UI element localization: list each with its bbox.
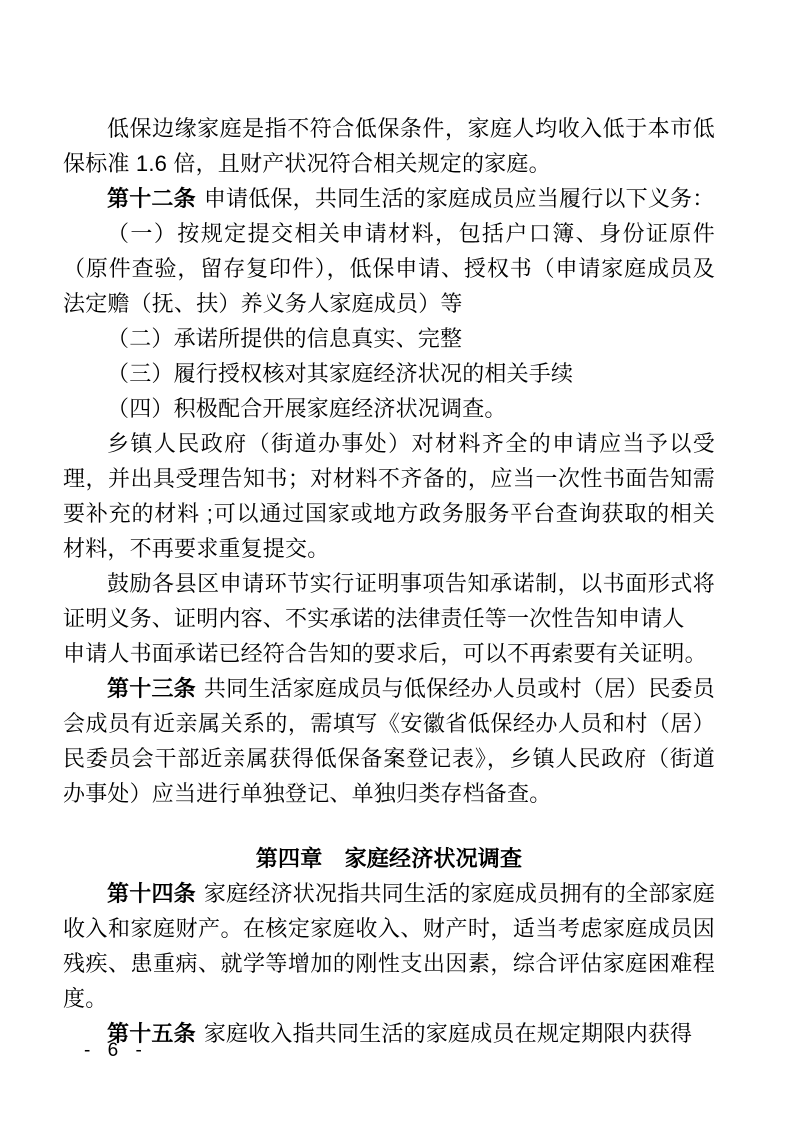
paragraph: 第十五条家庭收入指共同生活的家庭成员在规定期限内获得	[63, 1016, 715, 1051]
paragraph: （三）履行授权核对其家庭经济状况的相关手续	[63, 356, 715, 391]
document-page: 低保边缘家庭是指不符合低保条件，家庭人均收入低于本市低保标准 1.6 倍，且财产…	[0, 0, 793, 1122]
paragraph: 第十三条共同生活家庭成员与低保经办人员或村（居）民委员会成员有近亲属关系的，需填…	[63, 671, 715, 811]
paragraph-text: 申请人书面承诺已经符合告知的要求后，可以不再索要有关证明。	[63, 641, 707, 666]
paragraph-text: 第四章 家庭经济状况调查	[256, 846, 522, 871]
chapter-heading: 第四章 家庭经济状况调查	[63, 841, 715, 876]
paragraph-text: （一）按规定提交相关申请材料，包括户口簿、身份证原件（原件查验，留存复印件），低…	[63, 221, 715, 316]
paragraph-text: （三）履行授权核对其家庭经济状况的相关手续	[107, 361, 573, 386]
paragraph: （二）承诺所提供的信息真实、完整	[63, 321, 715, 356]
document-content: 低保边缘家庭是指不符合低保条件，家庭人均收入低于本市低保标准 1.6 倍，且财产…	[63, 111, 715, 1051]
page-number: - 6 -	[84, 1040, 148, 1062]
paragraph-text: 低保边缘家庭是指不符合低保条件，家庭人均收入低于本市低保标准 1.6 倍，且财产…	[63, 116, 715, 176]
article-term: 第十三条	[107, 676, 204, 701]
article-term: 第十四条	[107, 881, 204, 906]
paragraph-text: （四）积极配合开展家庭经济状况调查。	[107, 396, 507, 421]
paragraph: 乡镇人民政府（街道办事处）对材料齐全的申请应当予以受理，并出具受理告知书；对材料…	[63, 426, 715, 566]
paragraph: （一）按规定提交相关申请材料，包括户口簿、身份证原件（原件查验，留存复印件），低…	[63, 216, 715, 321]
paragraph-text: 乡镇人民政府（街道办事处）对材料齐全的申请应当予以受理，并出具受理告知书；对材料…	[63, 431, 715, 561]
paragraph: 鼓励各县区申请环节实行证明事项告知承诺制，以书面形式将证明义务、证明内容、不实承…	[63, 566, 715, 636]
paragraph-text: 鼓励各县区申请环节实行证明事项告知承诺制，以书面形式将证明义务、证明内容、不实承…	[63, 571, 715, 631]
paragraph: 低保边缘家庭是指不符合低保条件，家庭人均收入低于本市低保标准 1.6 倍，且财产…	[63, 111, 715, 181]
paragraph: 申请人书面承诺已经符合告知的要求后，可以不再索要有关证明。	[63, 636, 715, 671]
paragraph-text: （二）承诺所提供的信息真实、完整	[107, 326, 462, 351]
paragraph: （四）积极配合开展家庭经济状况调查。	[63, 391, 715, 426]
paragraph: 第十四条家庭经济状况指共同生活的家庭成员拥有的全部家庭收入和家庭财产。在核定家庭…	[63, 876, 715, 1016]
paragraph-text: 申请低保，共同生活的家庭成员应当履行以下义务：	[204, 186, 715, 211]
paragraph: 第十二条申请低保，共同生活的家庭成员应当履行以下义务：	[63, 181, 715, 216]
article-term: 第十二条	[107, 186, 204, 211]
paragraph-text: 家庭收入指共同生活的家庭成员在规定期限内获得	[204, 1021, 692, 1046]
